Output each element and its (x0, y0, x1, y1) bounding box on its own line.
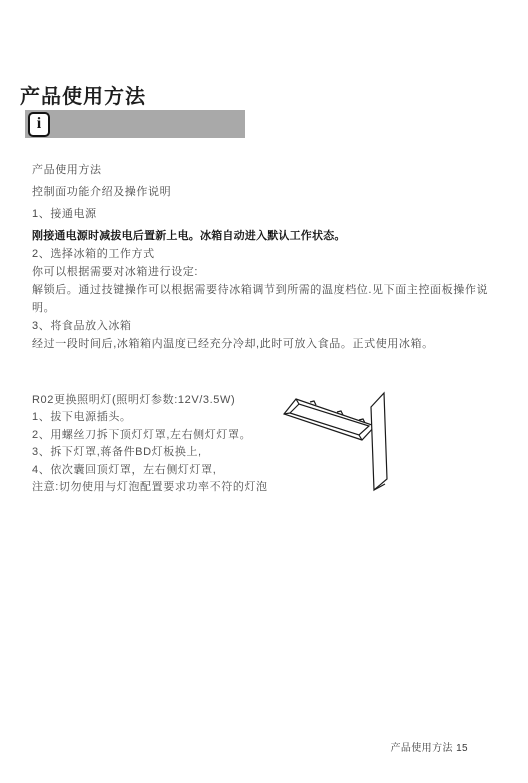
side-lamp-cover-shape (371, 393, 387, 490)
intro-line: 你可以根据需要对冰箱进行设定: (32, 263, 500, 281)
intro-text-block: 产品使用方法 控制面功能介绍及操作说明 1、接通电源 刚接通电源时减拔电后置新上… (32, 161, 500, 353)
info-icon: i (28, 112, 50, 137)
lamp-replacement-block: R02更换照明灯(照明灯参数:12V/3.5W) 1、拔下电源插头。 2、用螺丝… (32, 392, 294, 496)
lamp-line: R02更换照明灯(照明灯参数:12V/3.5W) (32, 392, 294, 409)
intro-line: 产品使用方法 (32, 161, 500, 179)
lamp-line: 注意:切勿使用与灯泡配置要求功率不符的灯泡 (32, 479, 294, 496)
lamp-line: 4、依次囊回顶灯罩，左右侧灯灯罩, (32, 462, 294, 479)
intro-line-bold: 刚接通电源时减拔电后置新上电。冰箱自动进入默认工作状态。 (32, 227, 500, 245)
manual-page: 产品使用方法 i 产品使用方法 控制面功能介绍及操作说明 1、接通电源 刚接通电… (0, 0, 528, 783)
intro-line: 解锁后。通过技键操作可以根据需要待冰箱调节到所需的温度档位.见下面主控面板操作说… (32, 281, 500, 317)
footer-text: 产品使用方法 15 (390, 743, 468, 754)
info-banner: i (25, 110, 245, 138)
lamp-line: 1、拔下电源插头。 (32, 409, 294, 426)
intro-line: 1、接通电源 (32, 205, 500, 223)
intro-line: 3、将食品放入冰箱 (32, 317, 500, 335)
lamp-line: 2、用螺丝刀拆下顶灯灯罩,左右侧灯灯罩。 (32, 427, 294, 444)
intro-line: 控制面功能介绍及操作说明 (32, 183, 500, 201)
intro-line: 2、选择冰箱的工作方式 (32, 245, 500, 263)
page-title: 产品使用方法 (20, 80, 146, 109)
lamp-line: 3、拆下灯罩,蒋备件BD灯板换上, (32, 444, 294, 461)
top-lamp-cover-shape (284, 399, 375, 440)
intro-line: 经过一段时间后,冰箱箱内温度已经充分冷却,此时可放入食品。正式使用冰箱。 (32, 335, 500, 353)
page-footer: 产品使用方法 15 (390, 739, 468, 754)
lamp-cover-diagram (280, 385, 395, 497)
